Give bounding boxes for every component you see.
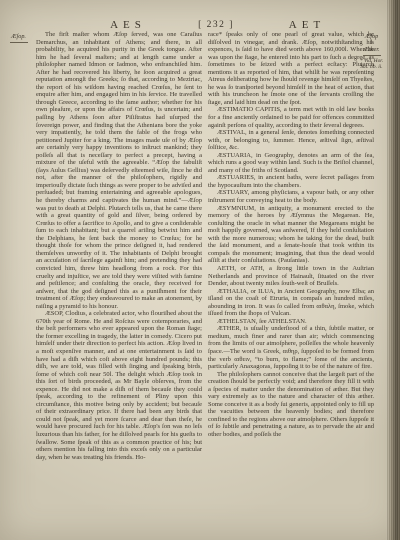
paragraph: ÆSTUARIES, in ancient baths, were ſecret… (208, 174, 374, 189)
margin-article-label: Æſop. (11, 33, 26, 40)
paragraph: ÆTHALIA, or ILUA, in Ancient Geography, … (208, 288, 374, 318)
running-head-right: AET (289, 19, 325, 31)
page-number: [ 232 ] (198, 20, 234, 30)
paragraph: ÆSYMNIUM, in antiquity, a monument erect… (208, 205, 374, 265)
column-right: race* ſpeaks only of one pearl of great … (208, 31, 374, 461)
margin-rule (10, 42, 28, 43)
book-page-scan: AES [ 232 ] AET Æſop. Æſop ‖ Æther. * Vi… (0, 0, 400, 540)
paragraph: ÆSTIVAL, in a general ſenſe, denotes ſom… (208, 129, 374, 152)
paragraph: The philoſophers cannot conceive that th… (208, 371, 374, 439)
paragraph: race* ſpeaks only of one pearl of great … (208, 31, 374, 106)
paragraph: ÆSTIMATIO CAPITIS, a term met with in ol… (208, 106, 374, 129)
paragraph: The firſt maſter whom Æſop ſerved, was o… (36, 31, 202, 310)
paragraph: ÆTHELSTAN, ſee ATHELSTAN. (208, 318, 374, 326)
text-columns: The firſt maſter whom Æſop ſerved, was o… (36, 31, 374, 461)
paragraph: ÆSTUARY, among phyſicians, a vapour bath… (208, 189, 374, 204)
paragraph: AETH, or ATH, a ſtrong little town in th… (208, 265, 374, 288)
paragraph: ÆSOP, Clodius, a celebrated actor, who f… (36, 310, 202, 461)
column-left: The firſt maſter whom Æſop ſerved, was o… (36, 31, 202, 461)
margin-note-article-left: Æſop. (3, 33, 34, 45)
paragraph: ÆTHER, is uſually underſtood of a thin, … (208, 325, 374, 370)
book-page-edge (386, 0, 400, 540)
running-head-left: AES (110, 19, 146, 31)
paragraph: ÆSTUARIA, in Geography, denotes an arm o… (208, 152, 374, 175)
